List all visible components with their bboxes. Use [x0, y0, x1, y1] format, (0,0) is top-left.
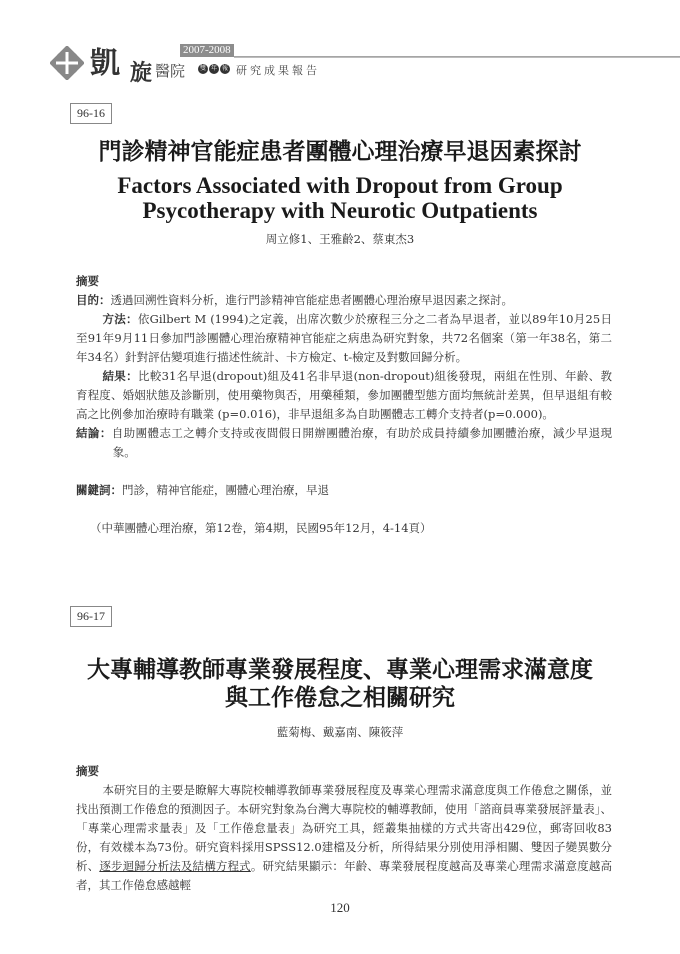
abstract-heading: 摘要: [76, 272, 612, 291]
article-title-en-line2: Psycotherapy with Neurotic Outpatients: [0, 197, 680, 224]
brand-char-1: 凱: [90, 38, 118, 82]
badge-char: 年: [209, 64, 219, 74]
abstract-purpose: 目的：透過回溯性資料分析，進行門診精神官能症患者團體心理治療早退因素之探討。: [76, 291, 612, 310]
article-authors: 藍菊梅、戴嘉南、陳筱萍: [0, 724, 680, 740]
abstract-heading: 摘要: [76, 762, 612, 781]
year-range-label: 2007-2008: [180, 44, 234, 57]
report-label: 研究成果報告: [236, 62, 320, 78]
abstract-2: 摘要 本研究目的主要是瞭解大專院校輔導教師專業發展程度及專業心理需求滿意度與工作…: [76, 762, 612, 895]
keywords: 關鍵詞：門診，精神官能症，團體心理治療，早退: [76, 481, 612, 500]
article-authors: 周立修1、王雅齡2、蔡東杰3: [0, 231, 680, 247]
article-title-zh-line2: 與工作倦怠之相關研究: [0, 679, 680, 712]
keywords-label: 關鍵詞：: [76, 483, 122, 497]
article-title-en-line1: Factors Associated with Dropout from Gro…: [0, 172, 680, 199]
brand-char-2: 旋: [130, 56, 152, 87]
biennial-badges: 雙 年 報: [198, 64, 230, 74]
page-header: 凱 旋 醫院 2007-2008 雙 年 報 研究成果報告: [48, 38, 680, 88]
method-label: 方法：: [102, 312, 137, 326]
result-text: 比較31名早退(dropout)組及41名非早退(non-dropout)組後發…: [76, 369, 612, 421]
brand-char-3: 醫院: [155, 60, 185, 81]
abstract-text-underlined: 逐步迴歸分析法及結構方程式: [99, 859, 251, 873]
article-title-zh: 門診精神官能症患者團體心理治療早退因素探討: [0, 133, 680, 166]
conclusion-label: 結論：: [76, 426, 112, 440]
result-label: 結果：: [102, 369, 138, 383]
abstract-body: 本研究目的主要是瞭解大專院校輔導教師專業發展程度及專業心理需求滿意度與工作倦怠之…: [76, 781, 612, 895]
hospital-logo-icon: [50, 46, 84, 80]
purpose-text: 透過回溯性資料分析，進行門診精神官能症患者團體心理治療早退因素之探討。: [111, 293, 514, 307]
abstract-result: 結果：比較31名早退(dropout)組及41名非早退(non-dropout)…: [76, 367, 612, 424]
article-code-96-16: 96-16: [70, 103, 112, 124]
keywords-text: 門診，精神官能症，團體心理治療，早退: [122, 483, 329, 497]
citation: （中華團體心理治療，第12卷，第4期，民國95年12月，4-14頁）: [76, 519, 612, 538]
abstract-conclusion: 結論：自助團體志工之轉介支持或夜間假日開辦團體治療，有助於成員持續參加團體治療，…: [76, 424, 612, 462]
abstract-method: 方法：依Gilbert M (1994)之定義，出席次數少於療程三分之二者為早退…: [76, 310, 612, 367]
method-text: 依Gilbert M (1994)之定義，出席次數少於療程三分之二者為早退者，並…: [76, 312, 612, 364]
purpose-label: 目的：: [76, 293, 111, 307]
conclusion-text: 自助團體志工之轉介支持或夜間假日開辦團體治療，有助於成員持續參加團體治療，減少早…: [112, 426, 612, 459]
page-number: 120: [0, 900, 680, 916]
header-rule: [234, 56, 680, 58]
badge-char: 報: [220, 64, 230, 74]
abstract-1: 摘要 目的：透過回溯性資料分析，進行門診精神官能症患者團體心理治療早退因素之探討…: [76, 272, 612, 538]
article-code-96-17: 96-17: [70, 606, 112, 627]
badge-char: 雙: [198, 64, 208, 74]
